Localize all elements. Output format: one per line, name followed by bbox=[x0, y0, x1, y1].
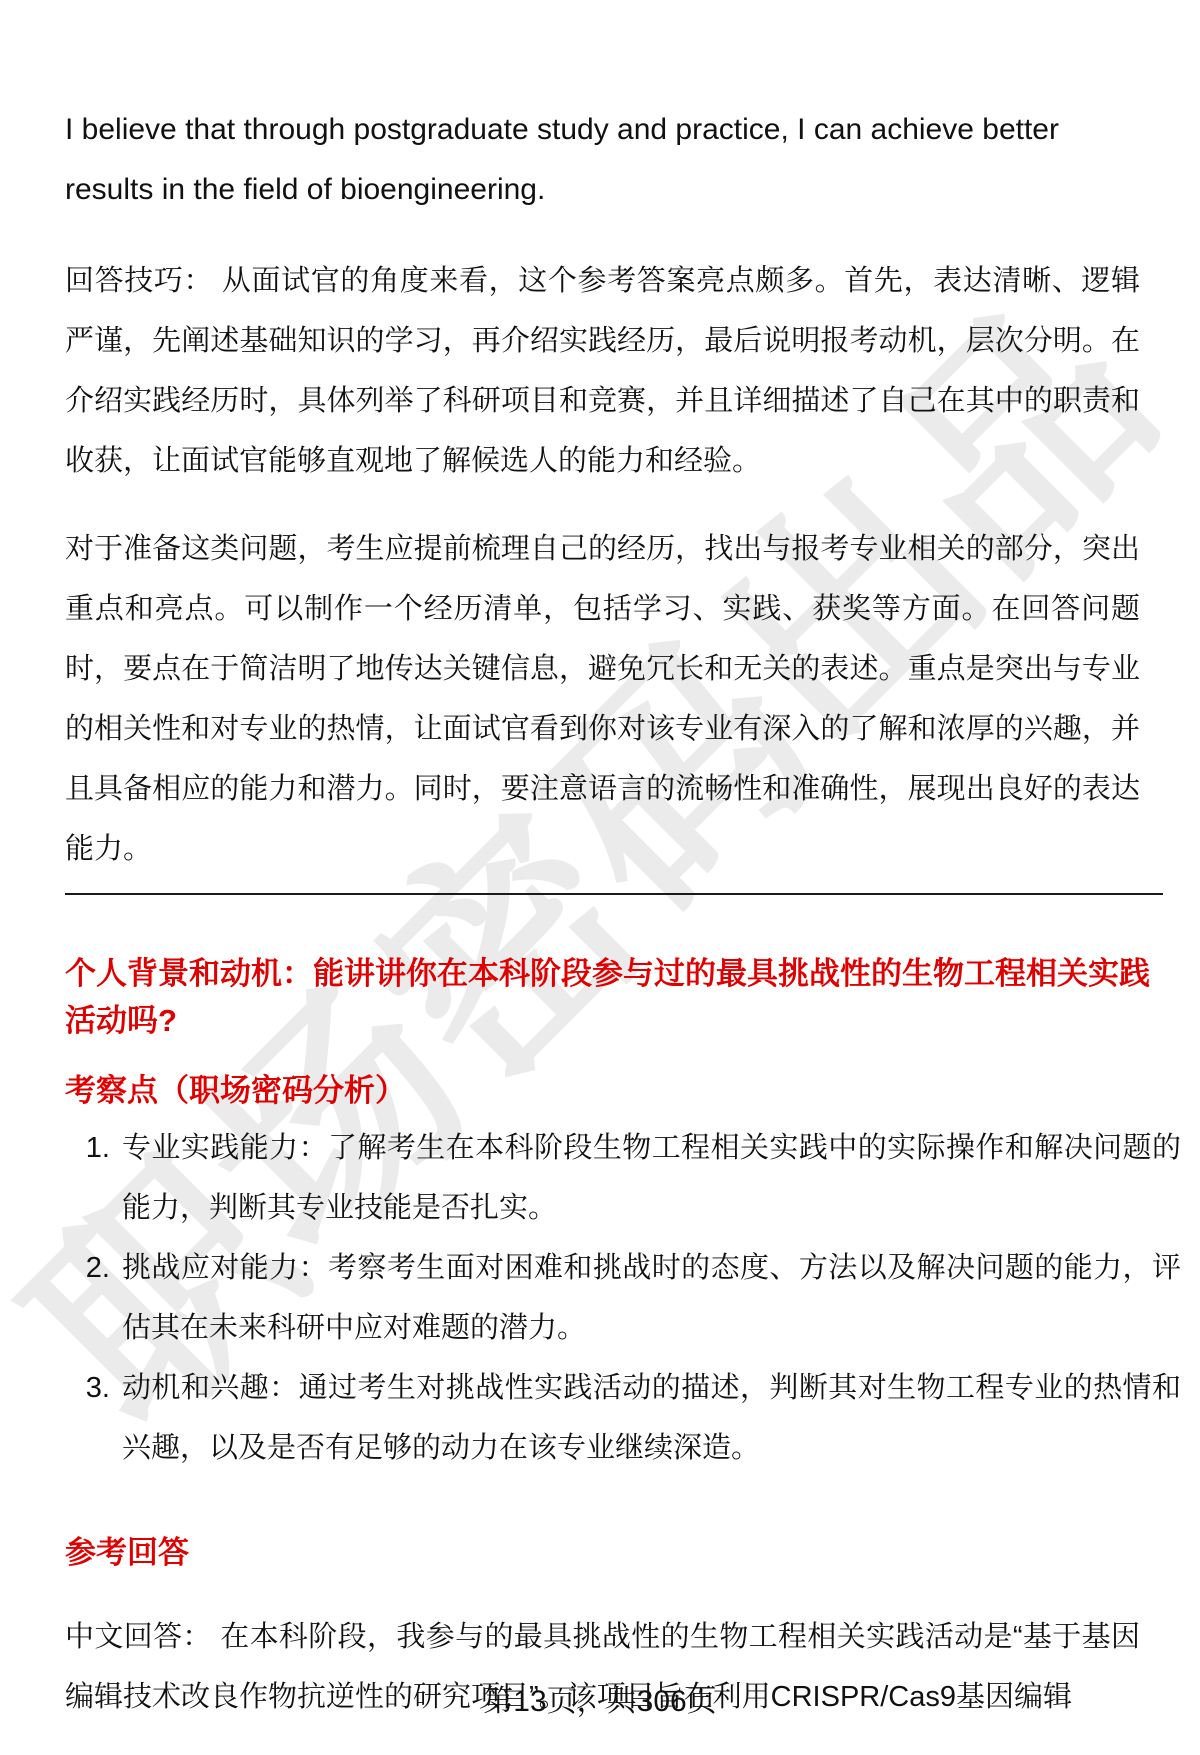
exam-points-list: 专业实践能力：了解考生在本科阶段生物工程相关实践中的实际操作和解决问题的能力，判… bbox=[72, 1118, 1181, 1478]
answer-tips-paragraph: 回答技巧： 从面试官的角度来看，这个参考答案亮点颇多。首先，表达清晰、逻辑严谨，… bbox=[65, 251, 1140, 491]
exam-points-heading: 考察点（职场密码分析） bbox=[65, 1071, 1150, 1111]
preparation-advice-paragraph: 对于准备这类问题，考生应提前梳理自己的经历，找出与报考专业相关的部分，突出重点和… bbox=[65, 519, 1140, 879]
document-page: 职场密码出品 I believe that through postgradua… bbox=[0, 0, 1200, 1755]
interview-question-heading: 个人背景和动机：能讲讲你在本科阶段参与过的最具挑战性的生物工程相关实践活动吗? bbox=[65, 950, 1150, 1044]
exam-point-item: 专业实践能力：了解考生在本科阶段生物工程相关实践中的实际操作和解决问题的能力，判… bbox=[118, 1118, 1181, 1238]
reference-answer-heading: 参考回答 bbox=[65, 1533, 1150, 1573]
english-answer-paragraph: I believe that through postgraduate stud… bbox=[65, 100, 1140, 220]
exam-point-item: 挑战应对能力：考察考生面对困难和挑战时的态度、方法以及解决问题的能力，评估其在未… bbox=[118, 1238, 1181, 1358]
section-divider bbox=[65, 893, 1163, 895]
exam-point-item: 动机和兴趣：通过考生对挑战性实践活动的描述，判断其对生物工程专业的热情和兴趣，以… bbox=[118, 1358, 1181, 1478]
page-number-indicator: 第13页，共306页 bbox=[0, 1682, 1200, 1722]
